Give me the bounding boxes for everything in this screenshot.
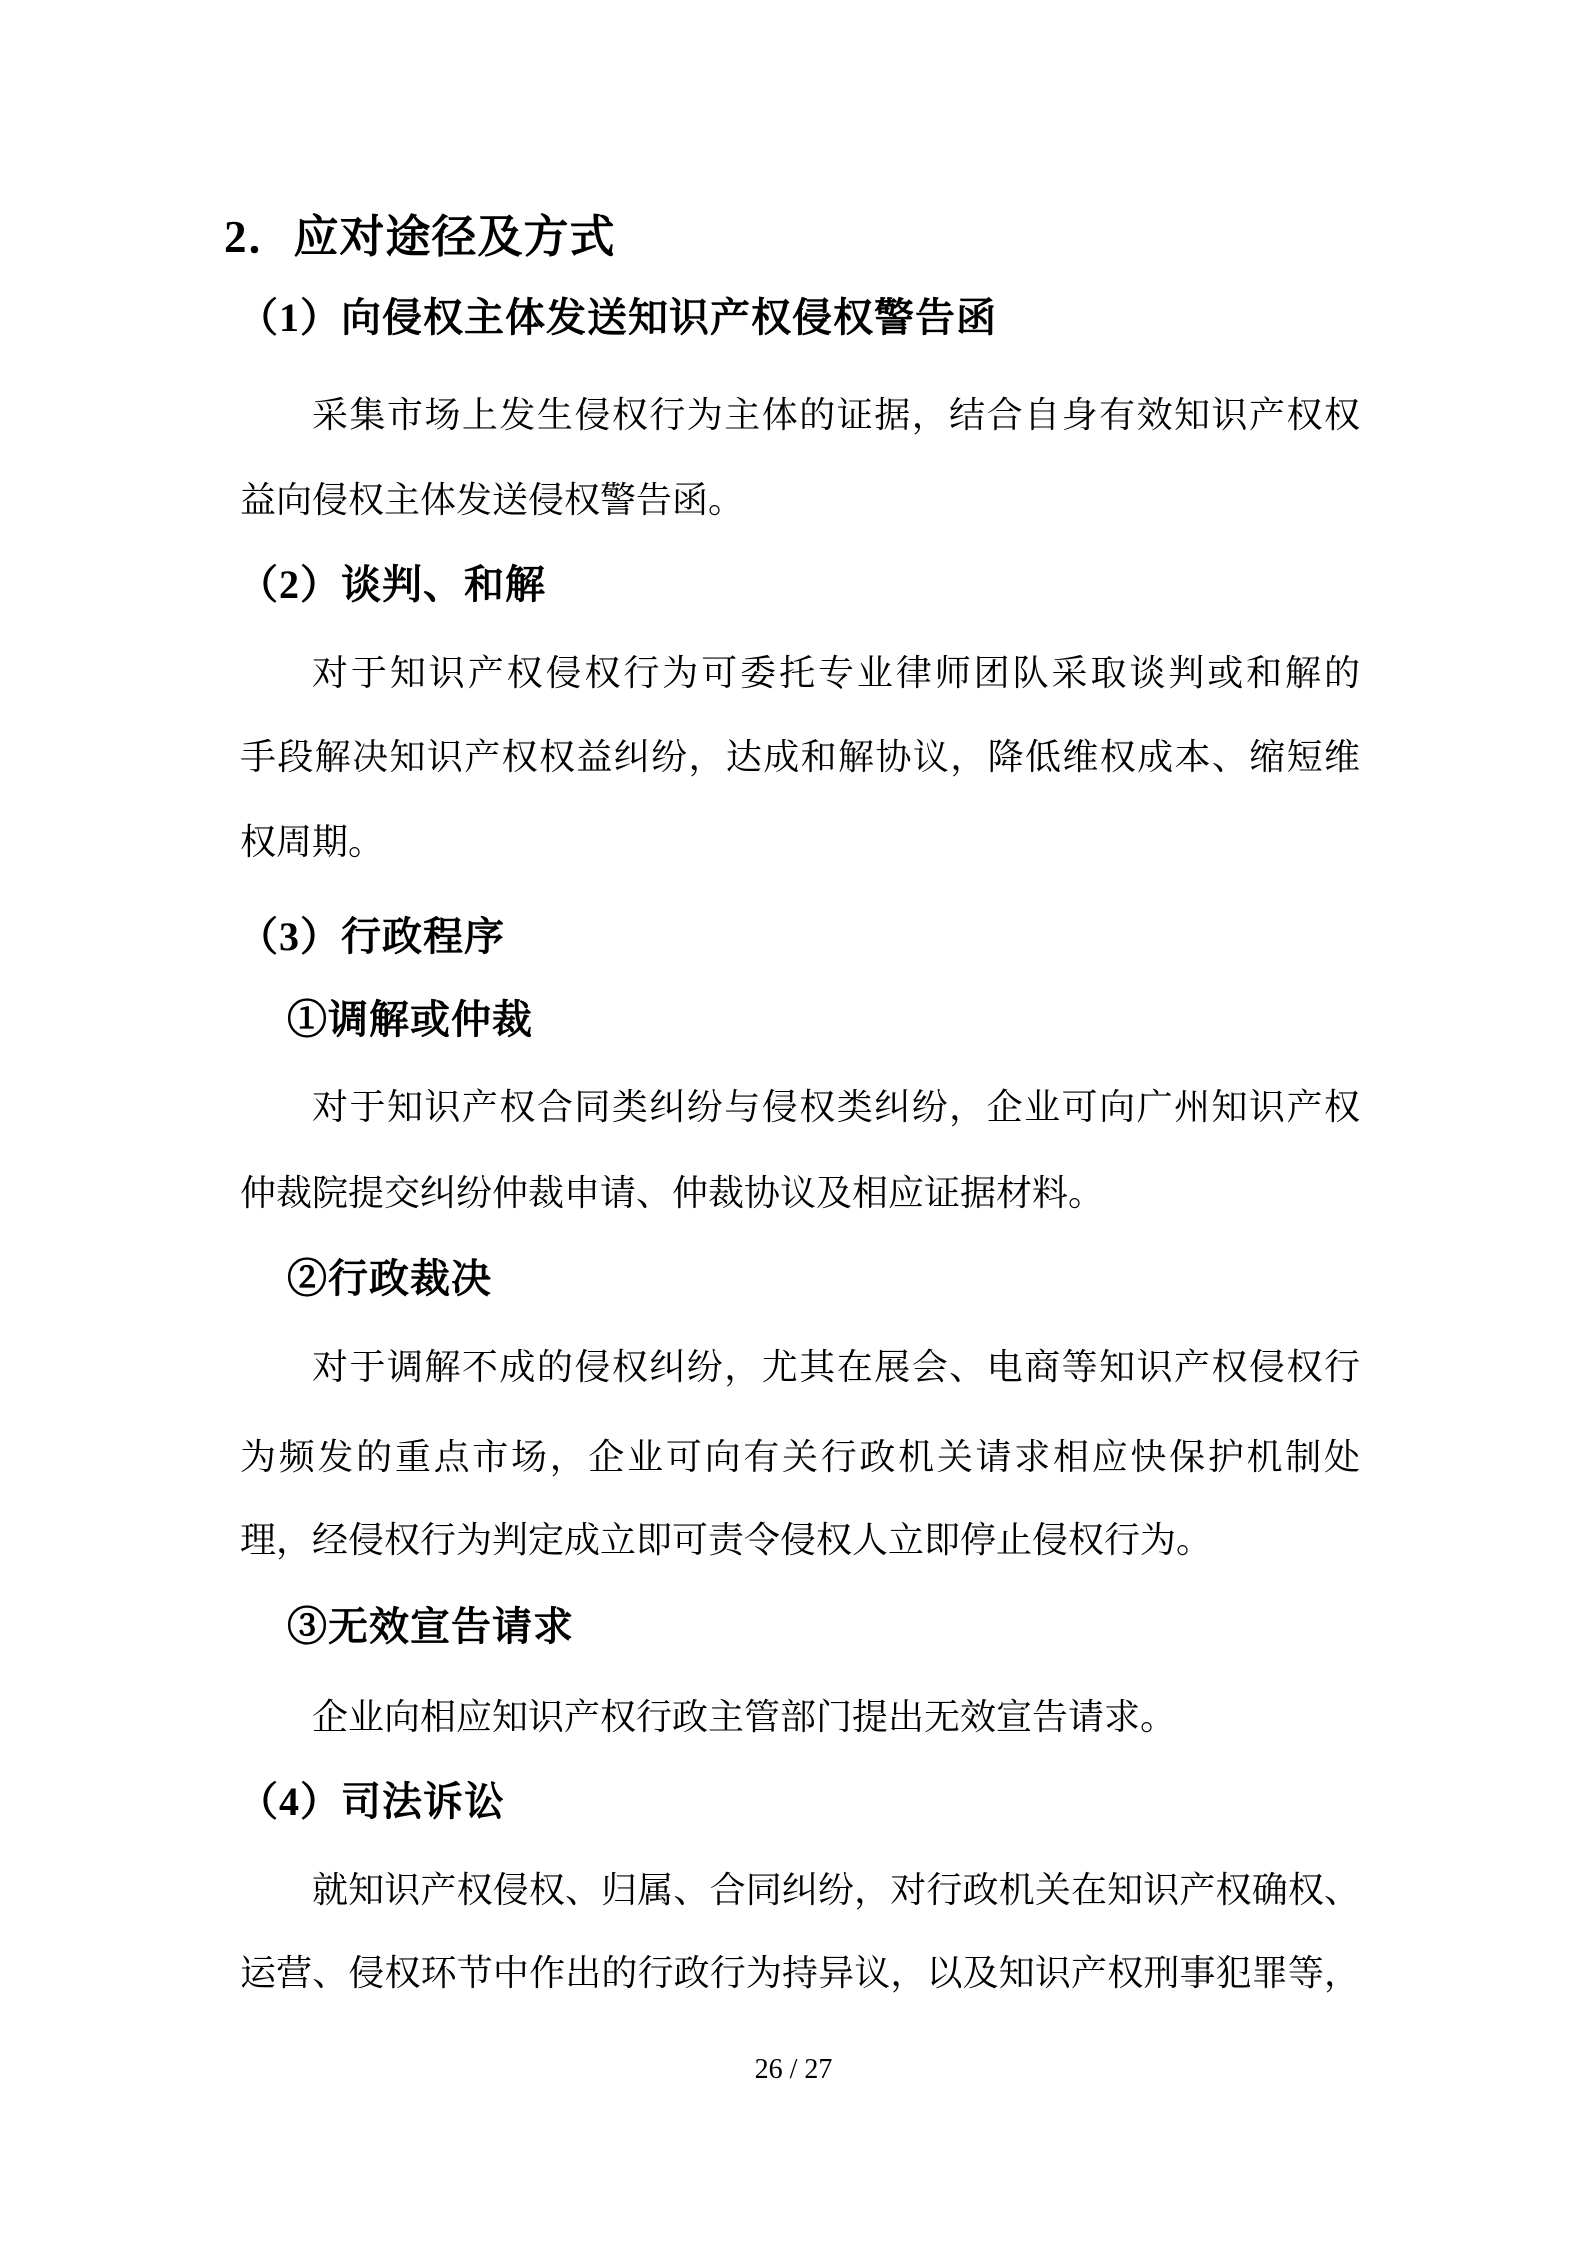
subsection-heading-3: （3）行政程序 [238,913,505,960]
paragraph-line: 对于知识产权合同类纠纷与侵权类纠纷，企业可向广州知识产权 [240,1086,1360,1128]
paragraph-line: 企业向相应知识产权行政主管部门提出无效宣告请求。 [240,1696,1360,1738]
paragraph-line: 采集市场上发生侵权行为主体的证据，结合自身有效知识产权权 [240,394,1360,436]
paragraph-line: 权周期。 [240,821,1360,863]
paragraph-line: 仲裁院提交纠纷仲裁申请、仲裁协议及相应证据材料。 [240,1172,1360,1214]
paragraph-line: 对于调解不成的侵权纠纷，尤其在展会、电商等知识产权侵权行 [240,1346,1360,1388]
paragraph-line: 运营、侵权环节中作出的行政行为持异议，以及知识产权刑事犯罪等， [240,1952,1360,1994]
paragraph-line: 理，经侵权行为判定成立即可责令侵权人立即停止侵权行为。 [240,1519,1360,1561]
subsection-heading-1: （1）向侵权主体发送知识产权侵权警告函 [238,294,997,341]
section-heading: 2．应对途径及方式 [224,211,616,264]
subsection-heading-2: （2）谈判、和解 [238,561,546,608]
paragraph-line: 为频发的重点市场，企业可向有关行政机关请求相应快保护机制处 [240,1436,1360,1478]
page-number: 26 / 27 [0,2053,1587,2086]
subsection-heading-4: （4）司法诉讼 [238,1778,505,1825]
paragraph-line: 就知识产权侵权、归属、合同纠纷，对行政机关在知识产权确权、 [240,1869,1360,1911]
paragraph-line: 对于知识产权侵权行为可委托专业律师团队采取谈判或和解的 [240,652,1360,694]
paragraph-line: 手段解决知识产权权益纠纷，达成和解协议，降低维权成本、缩短维 [240,736,1360,778]
paragraph-line: 益向侵权主体发送侵权警告函。 [240,479,1360,521]
document-page: 2．应对途径及方式 （1）向侵权主体发送知识产权侵权警告函 采集市场上发生侵权行… [0,0,1587,2245]
list-item-heading-2: ②行政裁决 [287,1255,492,1302]
list-item-heading-3: ③无效宣告请求 [287,1603,574,1650]
list-item-heading-1: ①调解或仲裁 [287,996,533,1043]
